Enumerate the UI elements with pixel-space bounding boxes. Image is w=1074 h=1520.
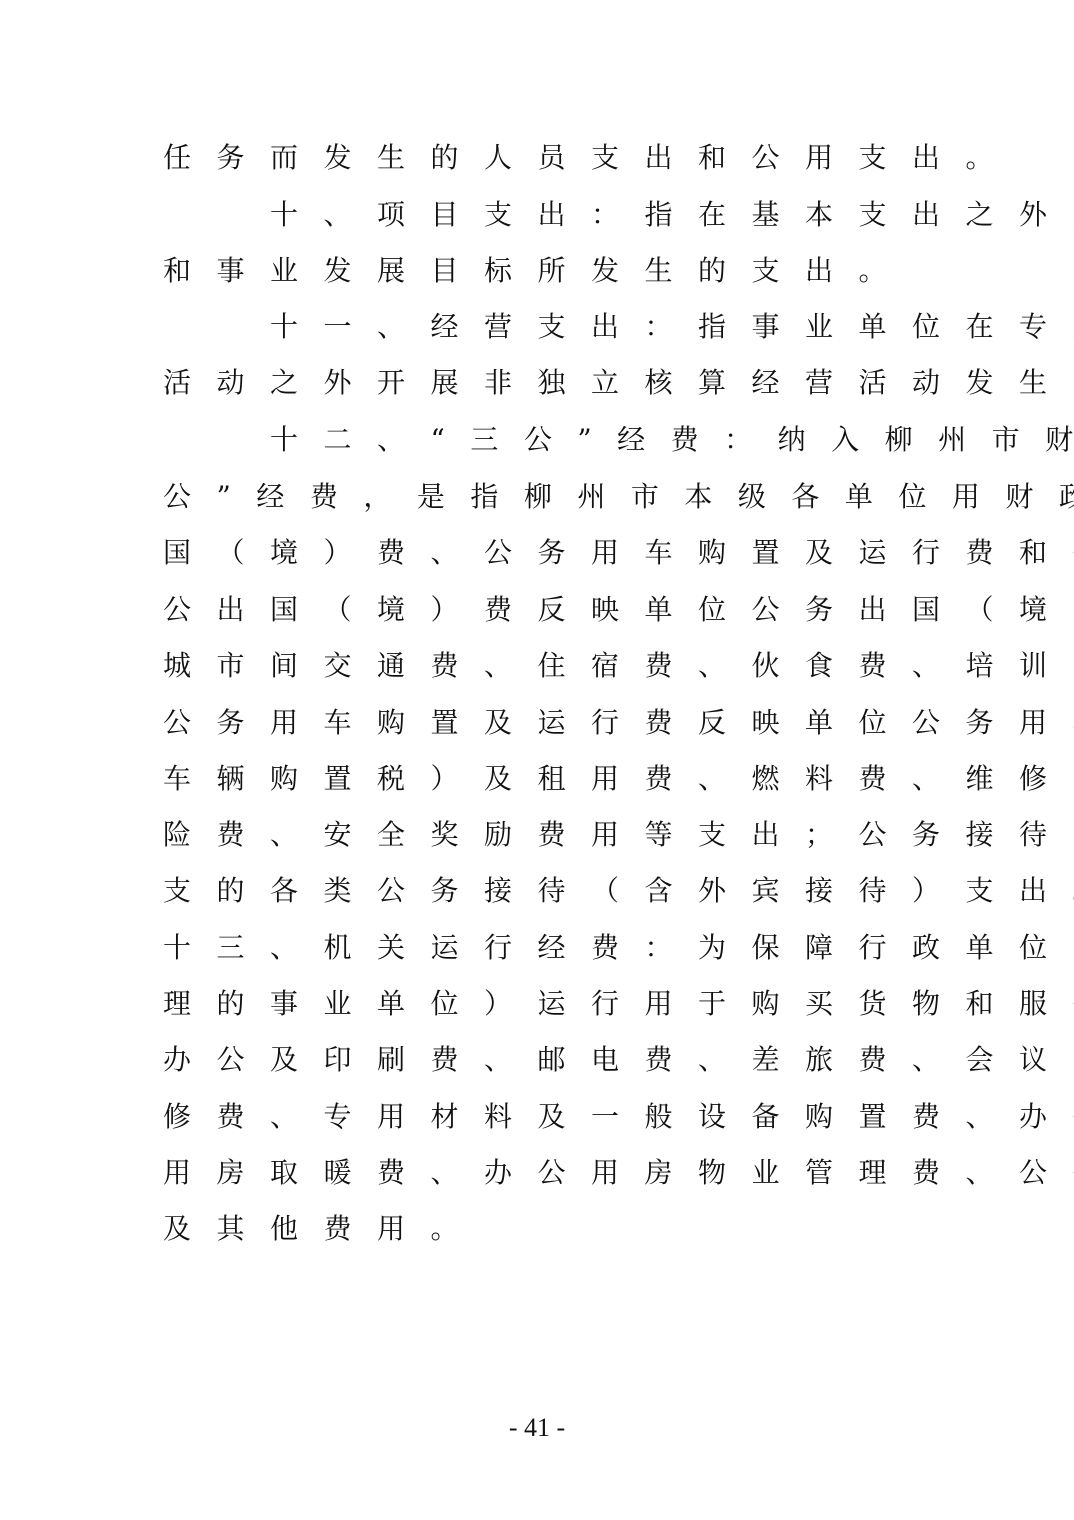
text-line-2: 十、项目支出：指在基本支出之外为完成特定行政任务	[163, 195, 915, 235]
text-line-5: 活动之外开展非独立核算经营活动发生的支出。	[163, 363, 915, 403]
text-line-16: 理的事业单位）运行用于购买货物和服务的各项资金，包括	[163, 984, 915, 1024]
page-number: - 41 -	[0, 1412, 1074, 1444]
text-line-19: 用房取暖费、办公用房物业管理费、公务用车运行维护费以	[163, 1153, 915, 1193]
text-line-8: 国（境）费、公务用车购置及运行费和公务接待费。其中因	[163, 533, 915, 573]
text-line-12: 车辆购置税）及租用费、燃料费、维修费、过路过桥费、保	[163, 759, 915, 799]
text-line-14: 支的各类公务接待（含外宾接待）支出。	[163, 871, 915, 911]
text-line-9: 公出国（境）费反映单位公务出国（境）的国际旅费、国外	[163, 590, 915, 630]
text-line-15: 十三、机关运行经费：为保障行政单位（含参照公务员法管	[163, 928, 915, 968]
document-page: 任务而发生的人员支出和公用支出。 十、项目支出：指在基本支出之外为完成特定行政任…	[0, 0, 1074, 1520]
text-line-10: 城市间交通费、住宿费、伙食费、培训费、公杂费等支出；	[163, 646, 915, 686]
text-line-11: 公务用车购置及运行费反映单位公务用车车辆购置支出（含	[163, 703, 915, 743]
text-line-20: 及其他费用。	[163, 1209, 915, 1249]
text-line-6: 十二、“三公”经费：纳入柳州市财政预决算管理的“三	[163, 420, 915, 460]
text-line-13: 险费、安全奖励费用等支出；公务接待费反映单位按规定开	[163, 815, 915, 855]
text-line-3: 和事业发展目标所发生的支出。	[163, 251, 915, 291]
text-line-18: 修费、专用材料及一般设备购置费、办公用房水电费、办公	[163, 1097, 915, 1137]
text-line-1: 任务而发生的人员支出和公用支出。	[163, 138, 915, 178]
text-line-7: 公”经费，是指柳州市本级各单位用财政拨款安排的因公出	[163, 477, 915, 517]
text-line-4: 十一、经营支出：指事业单位在专业业务活动及其辅助	[163, 307, 915, 347]
text-line-17: 办公及印刷费、邮电费、差旅费、会议费、福利费、日常维	[163, 1040, 915, 1080]
